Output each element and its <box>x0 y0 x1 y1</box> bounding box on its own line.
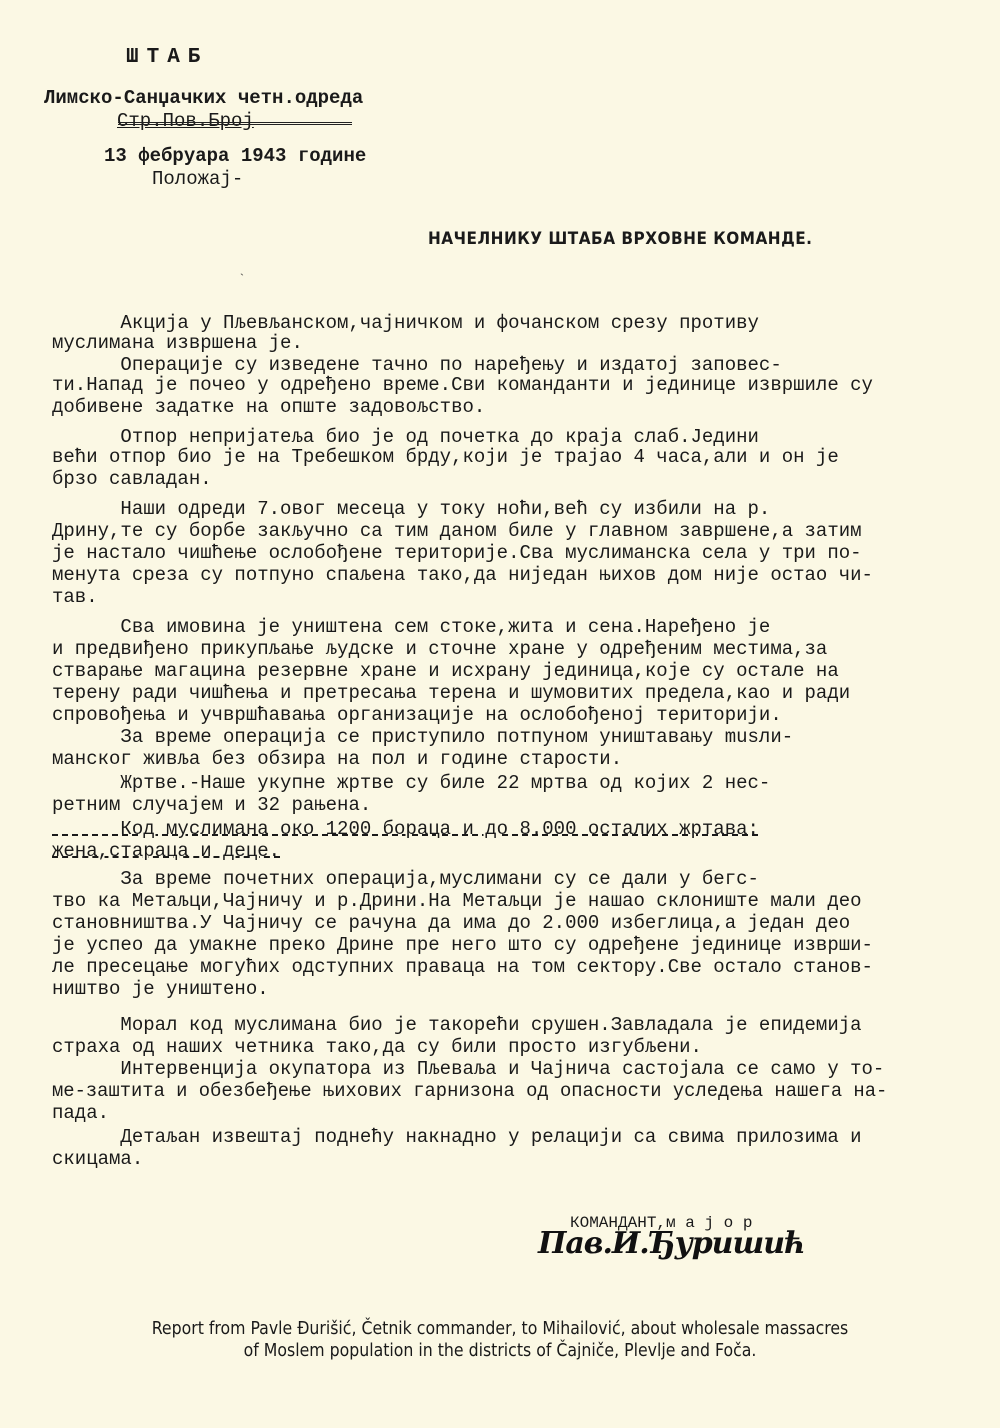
body-line: Код муслимана око 1200 бораца и до 8.000… <box>52 818 759 840</box>
body-line: страха од наших четника тако,да су били … <box>52 1036 702 1058</box>
signature: Пав.И.Ђуришић <box>538 1226 805 1261</box>
body-line: Интервенција окупатора из Пљеваља и Чајн… <box>52 1058 884 1080</box>
body-line: Жртве.-Наше укупне жртве су биле 22 мртв… <box>52 772 770 794</box>
body-line: ме-заштита и обезбеђење њихових гарнизон… <box>52 1080 887 1102</box>
body-line: и предвиђено прикупљање људске и сточне … <box>52 638 827 660</box>
body-line: менута среза су потпуно спаљена тако,да … <box>52 564 873 586</box>
body-line: Сва имовина је уништена сем стоке,жита и… <box>52 616 770 638</box>
caption: Report from Pavle Đurišić, Četnik comman… <box>0 1318 1000 1362</box>
body-line: За време операција се приступило потпуно… <box>52 726 793 748</box>
body-line: ти.Напад је почео у одређено време.Сви к… <box>52 374 873 396</box>
body-line: манског живља без обзира на пол и године… <box>52 748 622 770</box>
body-line: становништва.У Чајничу се рачуна да има … <box>52 912 850 934</box>
body-line: је успео да умакне преко Дрине пре него … <box>52 934 873 956</box>
body-line: пада. <box>52 1102 109 1124</box>
body-line: тав. <box>52 586 98 608</box>
body-line: је настало чишћење ослобођене територије… <box>52 542 862 564</box>
body-line: Наши одреди 7.овог месеца у току ноћи,ве… <box>52 498 770 520</box>
body-line: Морал код муслимана био је такорећи сруш… <box>52 1014 862 1036</box>
header-place: Положај- <box>152 168 243 190</box>
body-line: Дрину,те су борбе закључно са тим даном … <box>52 520 862 542</box>
body-line: брзо савладан. <box>52 468 212 490</box>
addressee: НАЧЕЛНИКУ ШТАБА ВРХОВНЕ КОМАНДЕ. <box>428 229 812 249</box>
body-line: ле пресецање могућих одступних праваца н… <box>52 956 873 978</box>
body-line: Акција у Пљевљанском,чајничком и фочанск… <box>52 312 759 334</box>
body-line: стварање магацина резервне хране и исхра… <box>52 660 839 682</box>
header-staff: ШТАБ <box>126 46 208 69</box>
body-line: Детаљан извештај поднећу накнадно у рела… <box>52 1126 862 1148</box>
body-line: терену ради чишћења и претресања терена … <box>52 682 850 704</box>
caption-line-1: Report from Pavle Đurišić, Četnik comman… <box>0 1318 1000 1340</box>
body-line: скицама. <box>52 1148 143 1170</box>
typing-mark: ˏ <box>240 262 244 277</box>
body-line: Операције су изведене тачно по наређењу … <box>52 354 782 376</box>
header-double-rule <box>118 122 352 125</box>
body-line: добивене задатке на опште задовољство. <box>52 396 485 418</box>
body-line: муслимана извршена је. <box>52 332 303 354</box>
body-line: ретним случајем и 32 рањена. <box>52 794 371 816</box>
body-line: тво ка Метаљци,Чајничу и р.Дрини.На Мета… <box>52 890 862 912</box>
body-line: ништво је уништено. <box>52 978 269 1000</box>
caption-line-2: of Moslem population in the districts of… <box>0 1340 1000 1362</box>
body-line: жена,стараца и деце. <box>52 840 280 862</box>
body-line: већи отпор био је на Требешком брду,који… <box>52 446 839 468</box>
body-line: За време почетних операција,муслимани су… <box>52 868 759 890</box>
header-reference: Стр.Пов.Број <box>117 110 254 132</box>
header-date: 13 фебруара 1943 године <box>104 145 366 167</box>
body-line: Отпор непријатеља био је од почетка до к… <box>52 426 759 448</box>
body-line: спровођења и учвршћавања организације на… <box>52 704 782 726</box>
header-unit: Лимско-Санџачких четн.одреда <box>44 87 363 109</box>
